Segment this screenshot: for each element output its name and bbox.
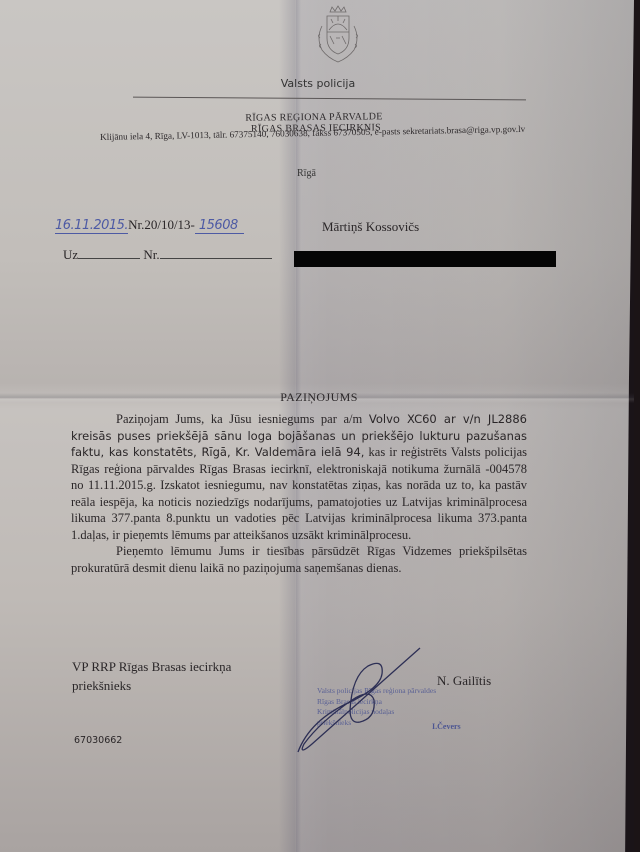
signatory-title-line-1: VP RRP Rīgas Brasas iecirkņa bbox=[72, 657, 231, 676]
in-reply-to-line: Uz Nr. bbox=[63, 247, 272, 263]
paragraph-1-intro: Paziņojam Jums, ka Jūsu iesniegums par a… bbox=[116, 412, 369, 426]
uz-blank bbox=[78, 258, 140, 259]
reference-number-prefix: Nr.20/10/13- bbox=[128, 217, 195, 232]
nr-blank bbox=[160, 258, 272, 259]
recipient-name: Mārtiņš Kossovičs bbox=[322, 219, 419, 235]
contact-phone: 67030662 bbox=[74, 735, 122, 746]
place-of-issue: Rīgā bbox=[297, 168, 316, 179]
paragraph-2: Pieņemto lēmumu Jums ir tiesības pārsūdz… bbox=[71, 543, 527, 576]
letter-body: Paziņojam Jums, ka Jūsu iesniegums par a… bbox=[71, 411, 527, 576]
coat-of-arms-icon bbox=[312, 4, 364, 68]
handwritten-signature bbox=[290, 640, 470, 760]
document-title: PAZIŅOJUMS bbox=[0, 390, 639, 405]
signatory-title-line-2: priekšnieks bbox=[72, 676, 231, 695]
redacted-address bbox=[294, 251, 556, 267]
uz-label: Uz bbox=[63, 247, 78, 262]
handwritten-reference-number: 15608 bbox=[195, 218, 244, 234]
reference-line: 16.11.2015.Nr.20/10/13-15608 bbox=[55, 217, 244, 233]
nr-label: Nr. bbox=[143, 247, 159, 262]
agency-name: Valsts policija bbox=[0, 77, 638, 90]
paragraph-1: Paziņojam Jums, ka Jūsu iesniegums par a… bbox=[71, 411, 527, 543]
signatory-title: VP RRP Rīgas Brasas iecirkņa priekšnieks bbox=[72, 657, 231, 695]
paragraph-1-decision: kas ir reģistrēts Valsts policijas Rīgas… bbox=[71, 445, 527, 542]
handwritten-date: 16.11.2015. bbox=[55, 218, 128, 234]
